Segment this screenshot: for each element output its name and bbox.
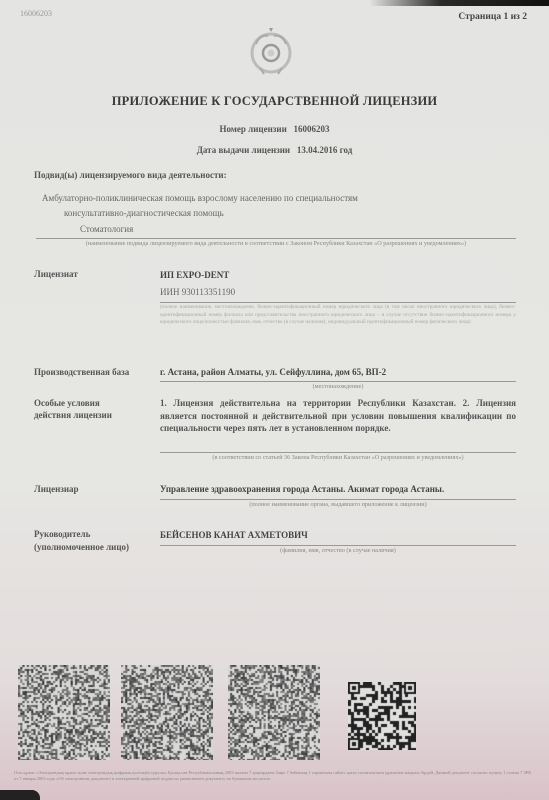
photo-corner-shadow — [0, 790, 40, 800]
licensor-value: Управление здравоохранения города Астаны… — [160, 484, 444, 494]
subtype-item: Стоматология — [80, 224, 133, 234]
subtype-item: Амбулаторно-поликлиническая помощь взрос… — [42, 193, 358, 203]
license-number-row: Номер лицензии 16006203 — [0, 124, 549, 134]
qr-code — [348, 682, 416, 750]
licensee-caption: (полное наименование, местонахождение, б… — [160, 304, 516, 327]
licensee-iin: ИИН 930113351190 — [160, 287, 235, 297]
barcode-3 — [228, 665, 320, 760]
subtypes-caption: (наименование подвида лицензируемого вид… — [36, 240, 516, 247]
special-conditions-value: 1. Лицензия действительна на территории … — [160, 397, 516, 435]
barcode-1 — [18, 665, 110, 760]
page-indicator: Страница 1 из 2 — [458, 12, 527, 22]
subtypes-label: Подвид(ы) лицензируемого вида деятельнос… — [34, 170, 227, 180]
footer-legal-note: Осы құжат «Электрондық құжат және электр… — [14, 770, 534, 782]
head-value: БЕЙСЕНОВ КАНАТ АХМЕТОВИЧ — [160, 530, 308, 540]
state-emblem-icon — [246, 26, 296, 76]
licensee-label: Лицензиат — [34, 269, 78, 279]
subtype-item: консультативно-диагностическая помощь — [64, 208, 224, 218]
head-caption: (фамилия, имя, отчество (в случае наличи… — [160, 547, 516, 554]
special-conditions-caption: (в соответствии со статьей 36 Закона Рес… — [160, 454, 516, 461]
production-base-label: Производственная база — [34, 367, 129, 377]
barcode-2 — [121, 665, 213, 760]
licensor-label: Лицензиар — [34, 484, 79, 494]
license-number-value: 16006203 — [294, 124, 330, 134]
production-base-value: г. Астана, район Алматы, ул. Сейфуллина,… — [160, 367, 386, 377]
special-conditions-label: Особые условия действия лицензии — [34, 398, 112, 420]
issue-date-value: 13.04.2016 год — [297, 145, 352, 155]
licensee-name: ИП EXPO-DENT — [160, 270, 229, 280]
issue-date-row: Дата выдачи лицензии 13.04.2016 год — [0, 145, 549, 155]
document-number: 16006203 — [20, 9, 52, 18]
photo-edge-shadow — [369, 0, 549, 6]
production-base-caption: (местонахождение) — [160, 383, 516, 390]
licensor-caption: (полное наименование органа, выдавшего п… — [160, 501, 516, 508]
issue-date-label: Дата выдачи лицензии — [197, 145, 290, 155]
document-title: ПРИЛОЖЕНИЕ К ГОСУДАРСТВЕННОЙ ЛИЦЕНЗИИ — [0, 94, 549, 109]
head-label: Руководитель (уполномоченное лицо) — [34, 529, 129, 552]
license-number-label: Номер лицензии — [219, 124, 286, 134]
